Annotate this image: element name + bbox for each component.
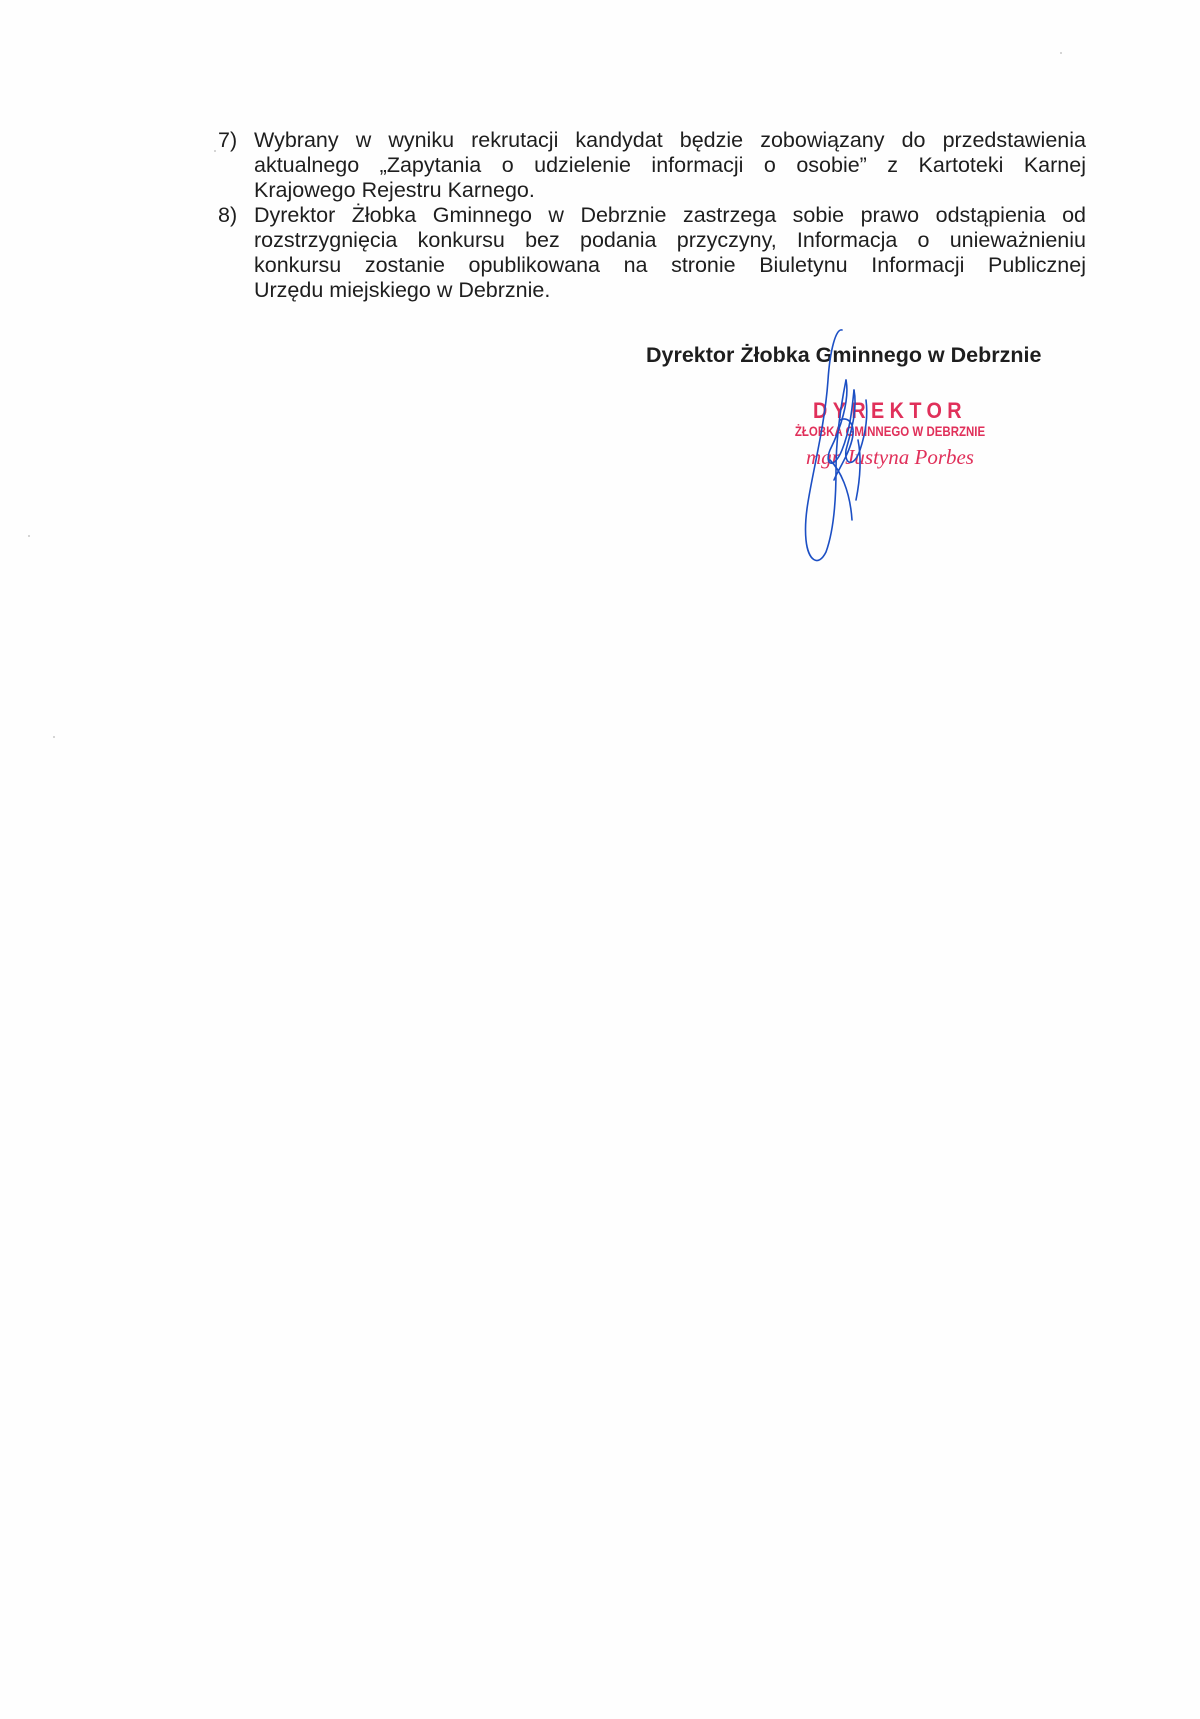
list-item-text: Dyrektor Żłobka Gminnego w Debrznie zast…	[254, 203, 1086, 303]
scan-speck	[214, 150, 216, 152]
stamp-title: DYREKTOR	[782, 400, 998, 422]
text-line: rozstrzygnięcia konkursu bez podania prz…	[254, 228, 1086, 253]
text-line: Wybrany w wyniku rekrutacji kandydat będ…	[254, 128, 1086, 153]
scan-speck	[53, 736, 55, 738]
list-item-text: Wybrany w wyniku rekrutacji kandydat będ…	[254, 128, 1086, 203]
stamp-name: mgr Justyna Porbes	[770, 442, 1010, 472]
scan-speck	[28, 535, 30, 537]
official-stamp: DYREKTOR ŻŁOBKA GMINNEGO W DEBRZNIE mgr …	[770, 400, 1010, 472]
document-page: 7) Wybrany w wyniku rekrutacji kandydat …	[0, 0, 1200, 1719]
list-item-number: 7)	[218, 128, 237, 153]
list-item-7: 7) Wybrany w wyniku rekrutacji kandydat …	[218, 128, 1086, 203]
text-line: Dyrektor Żłobka Gminnego w Debrznie zast…	[254, 203, 1086, 228]
list-item-number: 8)	[218, 203, 237, 228]
stamp-institution: ŻŁOBKA GMINNEGO W DEBRZNIE	[792, 422, 989, 440]
text-line: konkursu zostanie opublikowana na stroni…	[254, 253, 1086, 278]
list-item-8: 8) Dyrektor Żłobka Gminnego w Debrznie z…	[218, 203, 1086, 303]
signature-title: Dyrektor Żłobka Gminnego w Debrznie	[646, 343, 1041, 368]
text-line: Urzędu miejskiego w Debrznie.	[254, 278, 1086, 303]
scan-speck	[1060, 52, 1062, 54]
text-line: Krajowego Rejestru Karnego.	[254, 178, 1086, 203]
text-line: aktualnego „Zapytania o udzielenie infor…	[254, 153, 1086, 178]
